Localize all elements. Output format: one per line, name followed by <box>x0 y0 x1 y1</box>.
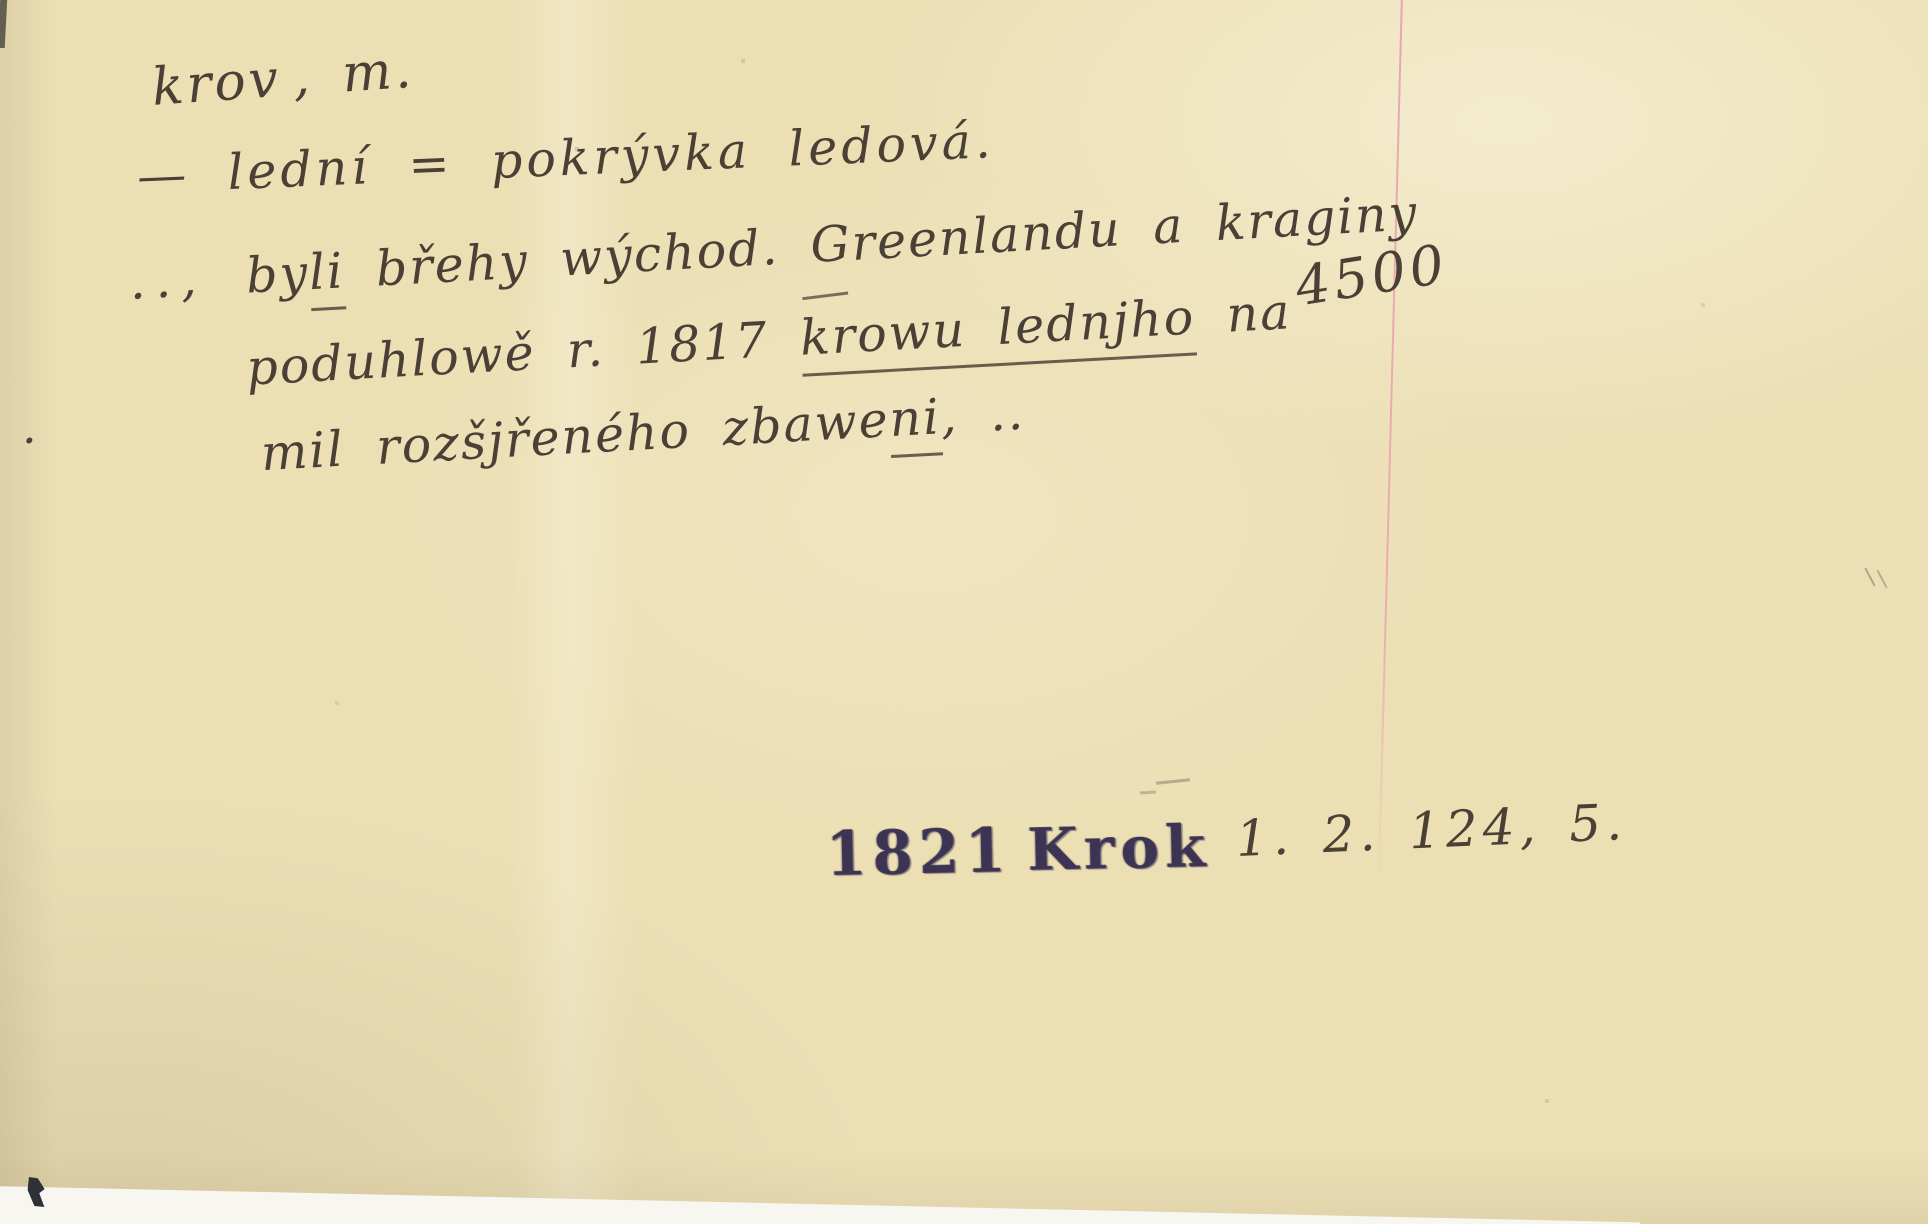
underlined-text: li <box>308 242 347 311</box>
faint-pencil-dash <box>1140 778 1196 800</box>
stamp-year: 1821 <box>825 814 1012 889</box>
source-row: 1821Krok 1. 2. 124, 5. <box>826 816 1626 884</box>
library-stamp: 1821Krok <box>825 812 1212 888</box>
underlined-text: krowu lednjho <box>799 288 1198 376</box>
quote-text: , .. <box>939 384 1026 445</box>
part-of-speech: m. <box>340 40 416 105</box>
quote-text: poduhlowě r. 1817 <box>245 310 802 397</box>
margin-dot: . <box>22 400 37 454</box>
quote-text: na <box>1193 283 1292 345</box>
underlined-text: ni <box>888 388 943 458</box>
scanned-card: krov,m. — lední = pokrývka ledová. ..,by… <box>0 0 1928 1224</box>
insertion-marks: .., <box>128 250 208 311</box>
quotation-block: ..,byli břehy wýchod. Greenlandu a kragi… <box>128 167 1738 488</box>
quote-text: mil rozšjřeného zbawe <box>259 391 891 482</box>
ruled-margin-line <box>1378 0 1403 886</box>
paper-bottom-edge <box>0 1182 1640 1224</box>
headword-line: krov,m. <box>150 40 416 118</box>
citation: 1. 2. 124, 5. <box>1235 793 1628 868</box>
paper-background: krov,m. — lední = pokrývka ledová. ..,by… <box>0 0 1928 1224</box>
headword: krov <box>150 49 283 118</box>
edge-pencil-mark <box>1856 572 1892 600</box>
scan-edge-artifact <box>0 0 7 48</box>
headword-separator: , <box>291 47 315 108</box>
quote-text: by <box>245 244 311 304</box>
stamp-title: Krok <box>1027 812 1212 884</box>
definition-line: — lední = pokrývka ledová. <box>136 112 996 205</box>
